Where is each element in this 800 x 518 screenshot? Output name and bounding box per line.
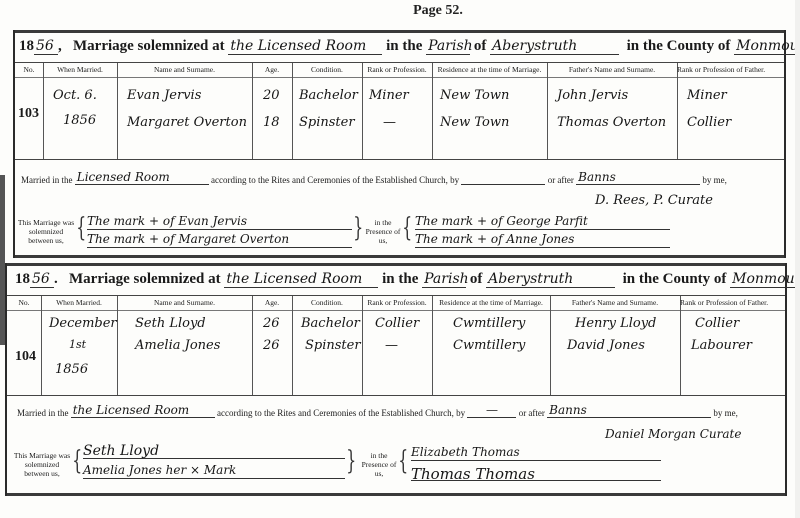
witness-signature: The mark + of Anne Jones <box>415 232 670 248</box>
witness-signature: Thomas Thomas <box>411 465 661 481</box>
married-in-line: Married in the the Licensed Room accordi… <box>17 403 738 418</box>
bride-name: Amelia Jones <box>135 338 220 353</box>
party-signature: Amelia Jones her × Mark <box>83 463 345 479</box>
entry-heading: 1856. Marriage solemnized at the License… <box>15 271 800 288</box>
witness-signature: Elizabeth Thomas <box>411 445 661 461</box>
marriage-entry-104: 1856. Marriage solemnized at the License… <box>5 263 787 496</box>
entry-heading: 1856, Marriage solemnized at the License… <box>19 38 800 55</box>
party-signature: The mark + of Evan Jervis <box>87 214 352 230</box>
marriage-entry-103: 1856, Marriage solemnized at the License… <box>13 30 786 258</box>
officiant-signature: Daniel Morgan Curate <box>605 427 741 441</box>
party-signature: Seth Lloyd <box>83 443 345 459</box>
groom-name: Evan Jervis <box>127 88 201 103</box>
married-in-line: Married in the Licensed Room according t… <box>21 170 727 185</box>
bride-name: Margaret Overton <box>127 115 247 130</box>
officiant-signature: D. Rees, P. Curate <box>595 193 713 208</box>
entry-table: No. When Married. Name and Surname. Age.… <box>7 295 785 396</box>
scan-edge <box>795 0 800 518</box>
groom-name: Seth Lloyd <box>135 316 206 331</box>
entry-number: 103 <box>18 106 39 122</box>
entry-number: 104 <box>15 349 36 365</box>
party-signature: The mark + of Margaret Overton <box>87 232 352 248</box>
page-title: Page 52. <box>0 3 800 19</box>
entry-table: No. When Married. Name and Surname. Age.… <box>15 62 784 160</box>
witness-signature: The mark + of George Parfit <box>415 214 670 230</box>
